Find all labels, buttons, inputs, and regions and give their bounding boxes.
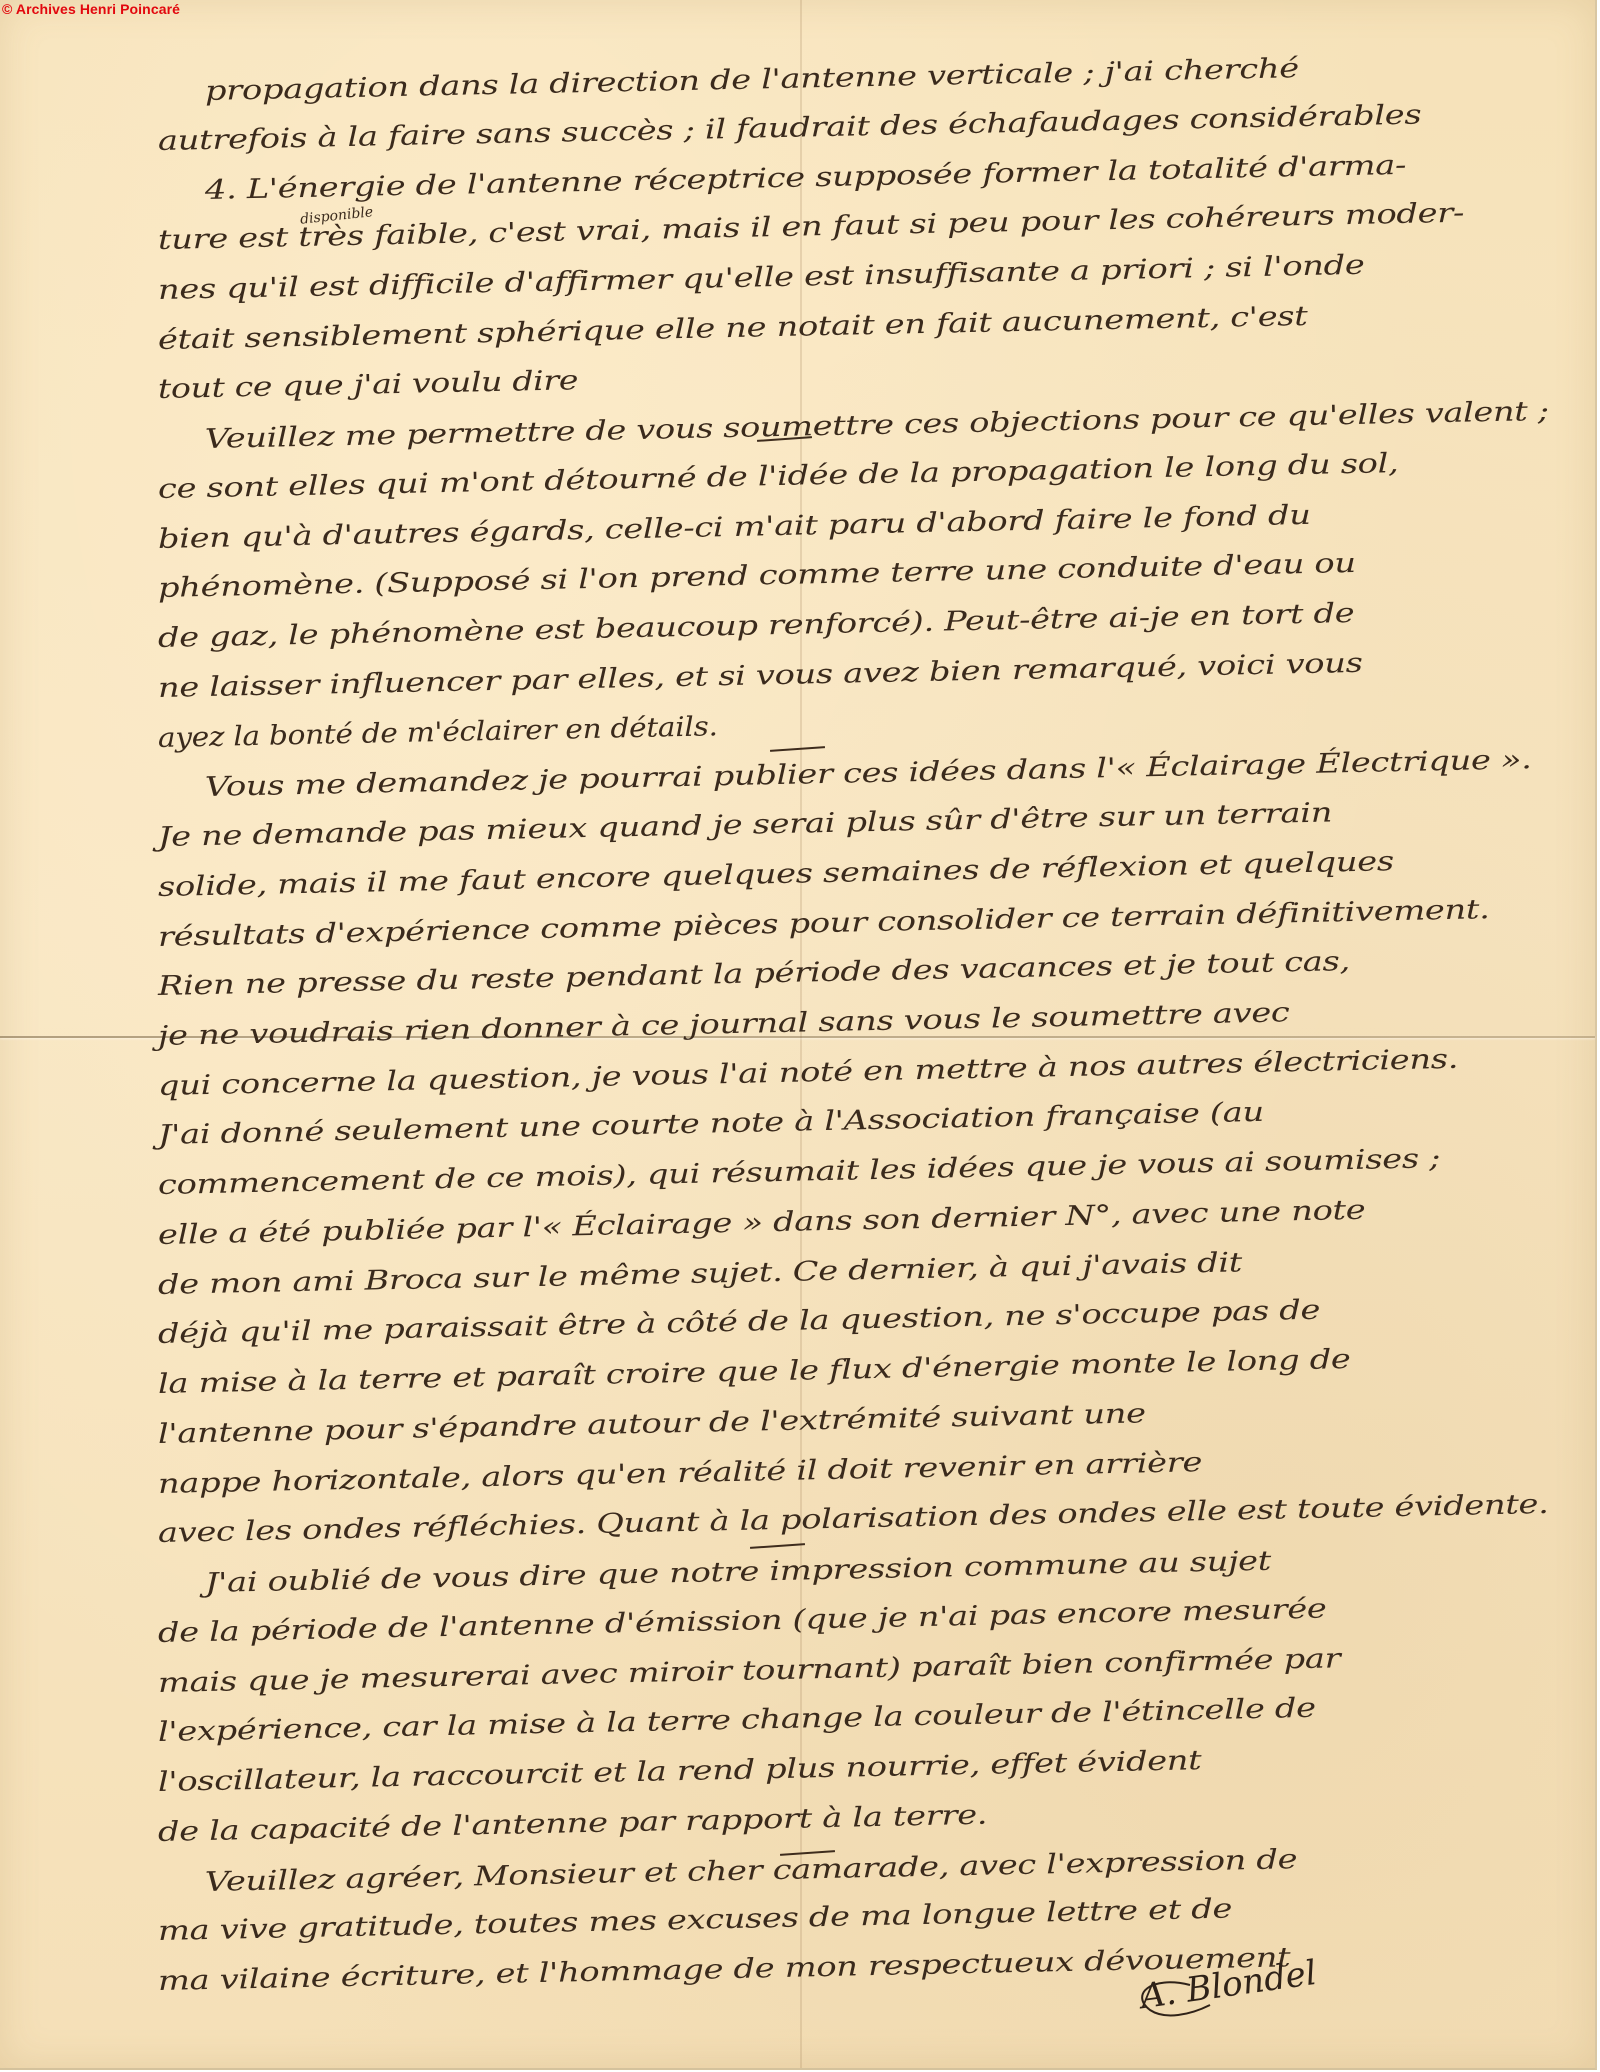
handwritten-line: propagation dans la direction de l'anten… [205, 53, 1299, 107]
handwritten-line: J'ai donné seulement une courte note à l… [158, 1097, 1264, 1151]
handwritten-line: qui concerne la question, je vous l'ai n… [158, 1044, 1459, 1102]
handwritten-line: de la période de l'antenne d'émission (q… [158, 1593, 1327, 1648]
handwritten-line: J'ai oublié de vous dire que notre impre… [205, 1546, 1272, 1599]
handwritten-line: déjà qu'il me paraissait être à côté de … [158, 1295, 1321, 1350]
handwritten-line: Veuillez me permettre de vous soumettre … [205, 396, 1549, 455]
handwritten-line: autrefois à la faire sans succès ; il fa… [158, 99, 1422, 156]
handwritten-line: mais que je mesurerai avec miroir tourna… [158, 1643, 1341, 1699]
archive-watermark: © Archives Henri Poincaré [2, 1, 180, 17]
handwritten-line: l'antenne pour s'épandre autour de l'ext… [158, 1398, 1146, 1450]
handwritten-line: la mise à la terre et paraît croire que … [158, 1344, 1351, 1400]
section-separator [750, 1543, 805, 1549]
handwritten-line: Vous me demandez je pourrai publier ces … [205, 745, 1532, 804]
handwritten-line: ne laisser influencer par elles, et si v… [158, 648, 1363, 704]
handwritten-line: tout ce que j'ai voulu dire [158, 366, 579, 406]
handwritten-line: avec les ondes réfléchies. Quant à la po… [158, 1489, 1549, 1549]
handwritten-line: l'expérience, car la mise à la terre cha… [158, 1693, 1316, 1748]
handwritten-line: Je ne demande pas mieux quand je serai p… [158, 797, 1333, 853]
handwritten-line: ma vive gratitude, toutes mes excuses de… [158, 1894, 1233, 1947]
handwritten-line: je ne voudrais rien donner à ce journal … [158, 997, 1290, 1052]
handwritten-line: de gaz, le phénomène est beaucoup renfor… [158, 598, 1355, 654]
handwritten-line: ce sont elles qui m'ont détourné de l'id… [158, 448, 1399, 505]
handwritten-line: de mon ami Broca sur le même sujet. Ce d… [158, 1247, 1243, 1301]
handwritten-line: nappe horizontale, alors qu'en réalité i… [158, 1447, 1203, 1500]
handwritten-line: ayez la bonté de m'éclairer en détails. [158, 711, 718, 754]
handwritten-line: l'oscillateur, la raccourcit et la rend … [158, 1745, 1202, 1798]
handwritten-line: elle a été publiée par l'« Éclairage » d… [158, 1195, 1366, 1251]
handwritten-line: résultats d'expérience comme pièces pour… [158, 894, 1490, 953]
handwritten-line: ma vilaine écriture, et l'hommage de mon… [158, 1942, 1291, 1997]
handwritten-line: Rien ne presse du reste pendant la pério… [158, 946, 1350, 1002]
handwritten-line: Veuillez agréer, Monsieur et cher camara… [205, 1844, 1298, 1898]
handwritten-line: 4. L'énergie de l'antenne réceptrice sup… [205, 150, 1407, 206]
handwritten-line: phénomène. (Supposé si l'on prend comme … [158, 548, 1356, 604]
handwritten-line: solide, mais il me faut encore quelques … [158, 846, 1394, 903]
handwritten-line: de la capacité de l'antenne par rapport … [158, 1799, 988, 1847]
handwritten-line: bien qu'à d'autres égards, celle-ci m'ai… [158, 499, 1311, 554]
handwritten-line: nes qu'il est difficile d'affirmer qu'el… [158, 250, 1365, 306]
letter-page: © Archives Henri Poincaré propagation da… [0, 0, 1597, 2070]
handwritten-line: était sensiblement sphérique elle ne not… [158, 301, 1308, 356]
section-separator [770, 746, 825, 752]
